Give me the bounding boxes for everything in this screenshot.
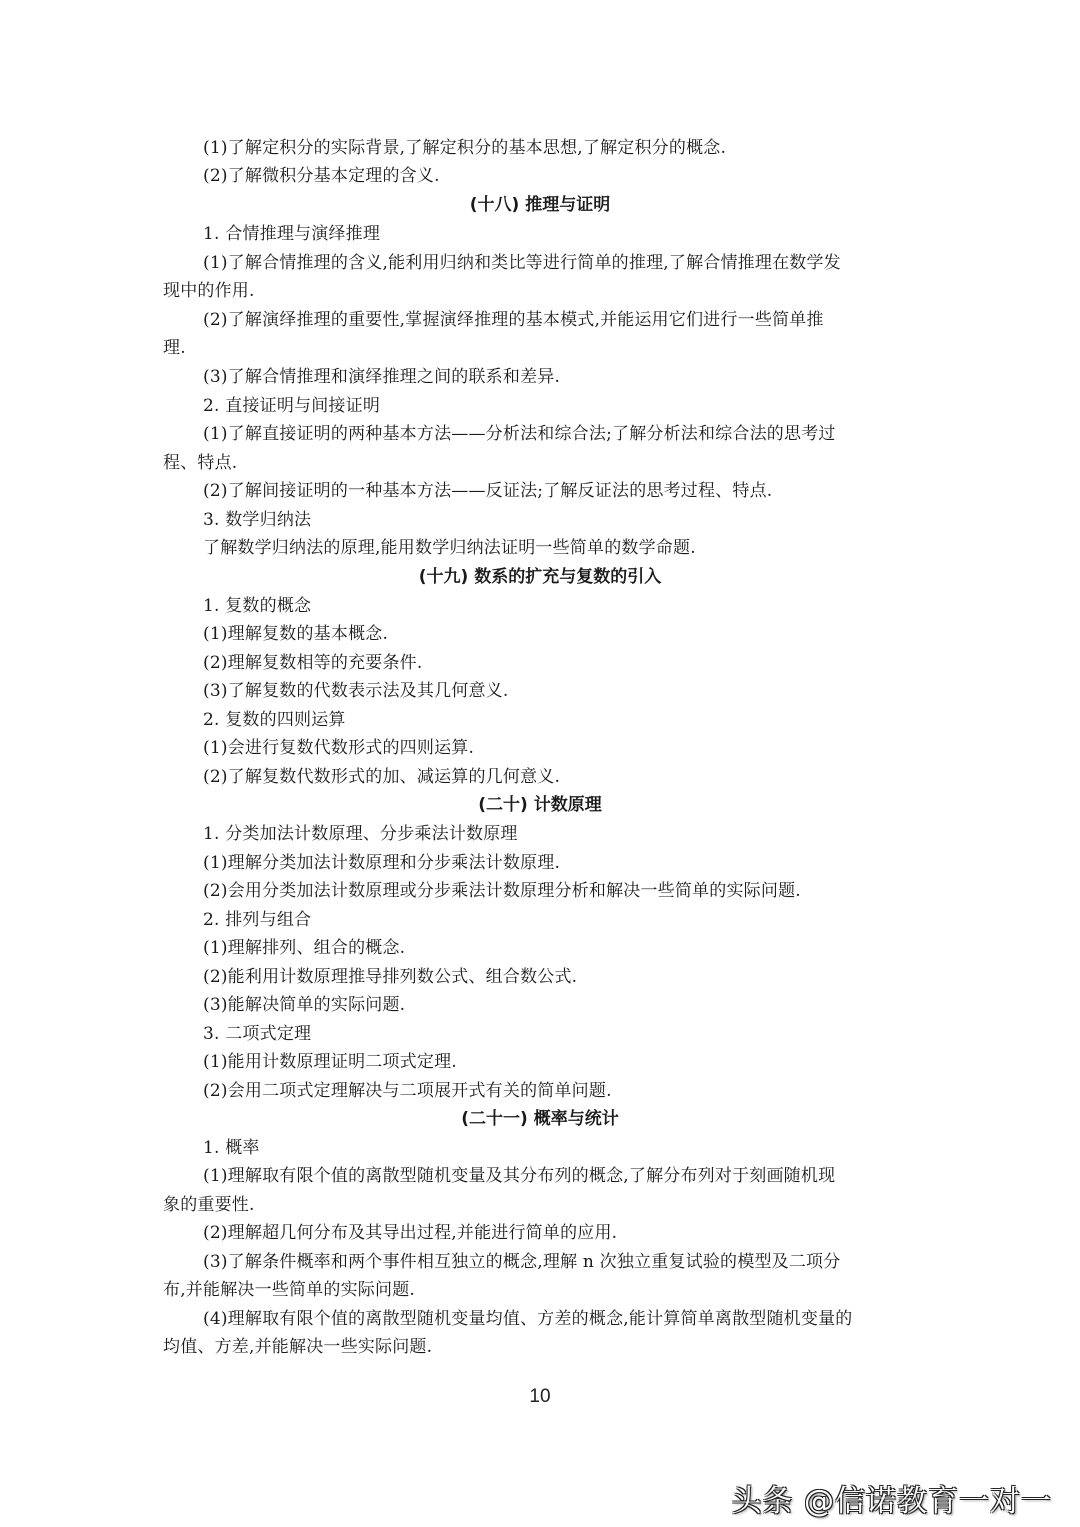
text-line: (3)能解决简单的实际问题. <box>203 995 405 1015</box>
text-line: (2)了解复数代数形式的加、减运算的几何意义. <box>203 767 560 787</box>
section-heading: (二十一) 概率与统计 <box>0 1109 1080 1129</box>
text-line: (3)了解复数的代数表示法及其几何意义. <box>203 681 508 701</box>
text-line: 3. 二项式定理 <box>203 1024 311 1044</box>
text-line: 1. 合情推理与演绎推理 <box>203 224 380 244</box>
text-line: (1)理解分类加法计数原理和分步乘法计数原理. <box>203 853 560 873</box>
text-line: (1)能用计数原理证明二项式定理. <box>203 1052 457 1072</box>
text-line: 2. 直接证明与间接证明 <box>203 396 380 416</box>
section-heading: (十九) 数系的扩充与复数的引入 <box>0 567 1080 587</box>
watermark: 头条 @信诺教育一对一 <box>731 1476 1052 1520</box>
text-line: (1)理解复数的基本概念. <box>203 624 388 644</box>
text-line: 现中的作用. <box>163 281 255 301</box>
text-line: (2)了解演绎推理的重要性,掌握演绎推理的基本模式,并能运用它们进行一些简单推 <box>203 310 824 330</box>
page-number: 10 <box>0 1386 1080 1408</box>
text-line: (2)了解间接证明的一种基本方法——反证法;了解反证法的思考过程、特点. <box>203 481 772 501</box>
text-line: (4)理解取有限个值的离散型随机变量均值、方差的概念,能计算简单离散型随机变量的 <box>203 1309 852 1329</box>
text-line: 1. 分类加法计数原理、分步乘法计数原理 <box>203 824 518 844</box>
text-line: 均值、方差,并能解决一些实际问题. <box>163 1337 432 1357</box>
text-line: (3)了解条件概率和两个事件相互独立的概念,理解 n 次独立重复试验的模型及二项… <box>203 1252 840 1272</box>
text-line: 了解数学归纳法的原理,能用数学归纳法证明一些简单的数学命题. <box>203 538 696 558</box>
text-line: (2)理解复数相等的充要条件. <box>203 653 422 673</box>
text-line: (2)理解超几何分布及其导出过程,并能进行简单的应用. <box>203 1223 617 1243</box>
text-line: (2)会用分类加法计数原理或分步乘法计数原理分析和解决一些简单的实际问题. <box>203 881 801 901</box>
text-line: (1)理解取有限个值的离散型随机变量及其分布列的概念,了解分布列对于刻画随机现 <box>203 1166 835 1186</box>
text-line: 1. 概率 <box>203 1138 260 1158</box>
text-line: 程、特点. <box>163 453 237 473</box>
text-line: (2)能利用计数原理推导排列数公式、组合数公式. <box>203 967 577 987</box>
text-line: (2)了解微积分基本定理的含义. <box>203 166 440 186</box>
text-line: (2)会用二项式定理解决与二项展开式有关的简单问题. <box>203 1081 612 1101</box>
section-heading: (二十) 计数原理 <box>0 795 1080 815</box>
text-line: 1. 复数的概念 <box>203 596 311 616</box>
text-line: (3)了解合情推理和演绎推理之间的联系和差异. <box>203 367 560 387</box>
text-line: 2. 复数的四则运算 <box>203 710 346 730</box>
text-line: 理. <box>163 338 186 358</box>
text-line: (1)理解排列、组合的概念. <box>203 938 405 958</box>
text-line: 2. 排列与组合 <box>203 910 311 930</box>
text-line: 3. 数学归纳法 <box>203 510 311 530</box>
text-line: 布,并能解决一些简单的实际问题. <box>163 1280 415 1300</box>
section-heading: (十八) 推理与证明 <box>0 195 1080 215</box>
document-page: (1)了解定积分的实际背景,了解定积分的基本思想,了解定积分的概念.(2)了解微… <box>0 0 1080 1527</box>
text-line: (1)了解合情推理的含义,能利用归纳和类比等进行简单的推理,了解合情推理在数学发 <box>203 253 841 273</box>
text-line: (1)会进行复数代数形式的四则运算. <box>203 738 474 758</box>
text-line: (1)了解直接证明的两种基本方法——分析法和综合法;了解分析法和综合法的思考过 <box>203 424 836 444</box>
text-line: 象的重要性. <box>163 1195 255 1215</box>
text-line: (1)了解定积分的实际背景,了解定积分的基本思想,了解定积分的概念. <box>203 138 726 158</box>
